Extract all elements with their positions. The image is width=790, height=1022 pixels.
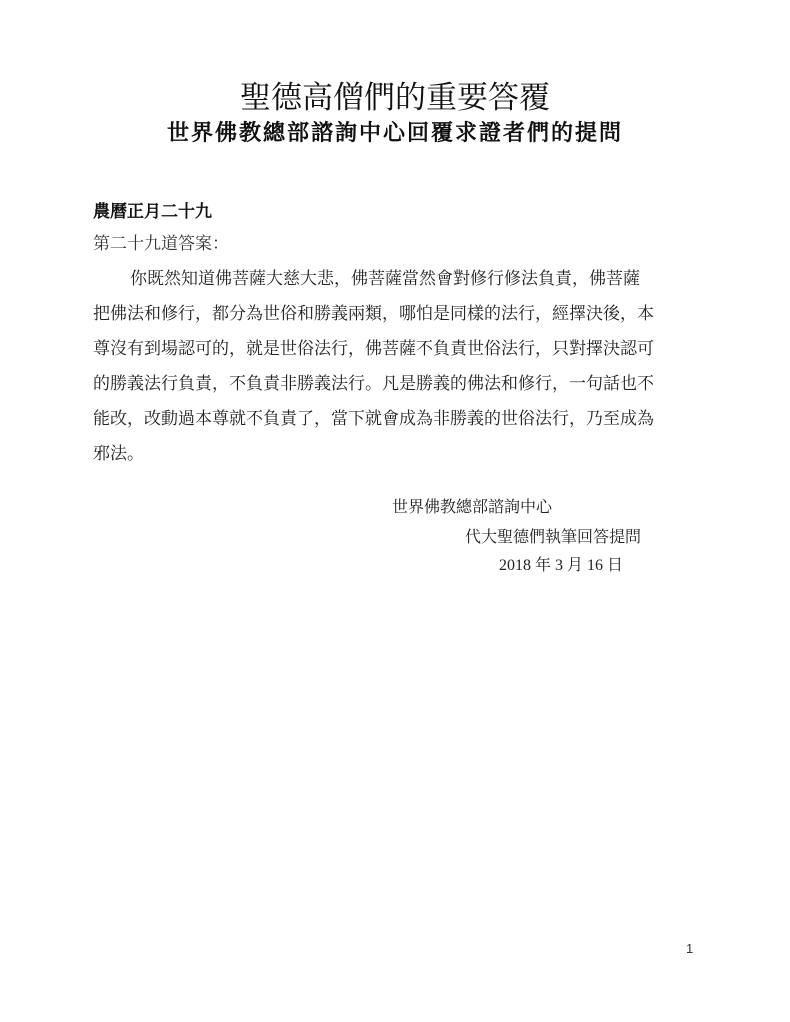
page-number: 1: [686, 940, 693, 958]
signature-date: 2018 年 3 月 16 日: [499, 555, 623, 577]
body-line: 你既然知道佛菩薩大慈大悲，佛菩薩當然會對修行修法負責，佛菩薩: [93, 262, 693, 297]
body-line: 邪法。: [93, 437, 693, 472]
signature-role: 代大聖德們執筆回答提問: [465, 526, 641, 548]
document-title: 聖德高僧們的重要答覆: [0, 78, 790, 118]
signature-organization: 世界佛教總部諮詢中心: [392, 496, 552, 518]
document-subtitle: 世界佛教總部諮詢中心回覆求證者們的提問: [0, 117, 790, 149]
body-line: 尊沒有到場認可的，就是世俗法行，佛菩薩不負責世俗法行，只對擇決認可: [93, 332, 693, 367]
lunar-date-heading: 農曆正月二十九: [93, 200, 212, 224]
document-page: 聖德高僧們的重要答覆 世界佛教總部諮詢中心回覆求證者們的提問 農曆正月二十九 第…: [0, 0, 790, 1022]
body-line: 把佛法和修行，都分為世俗和勝義兩類，哪怕是同樣的法行，經擇決後，本: [93, 297, 693, 332]
body-line: 的勝義法行負責，不負責非勝義法行。凡是勝義的佛法和修行，一句話也不: [93, 367, 693, 402]
body-line: 能改，改動過本尊就不負責了，當下就會成為非勝義的世俗法行，乃至成為: [93, 402, 693, 437]
answer-body: 你既然知道佛菩薩大慈大悲，佛菩薩當然會對修行修法負責，佛菩薩 把佛法和修行，都分…: [93, 262, 693, 472]
answer-label: 第二十九道答案：: [93, 232, 229, 256]
